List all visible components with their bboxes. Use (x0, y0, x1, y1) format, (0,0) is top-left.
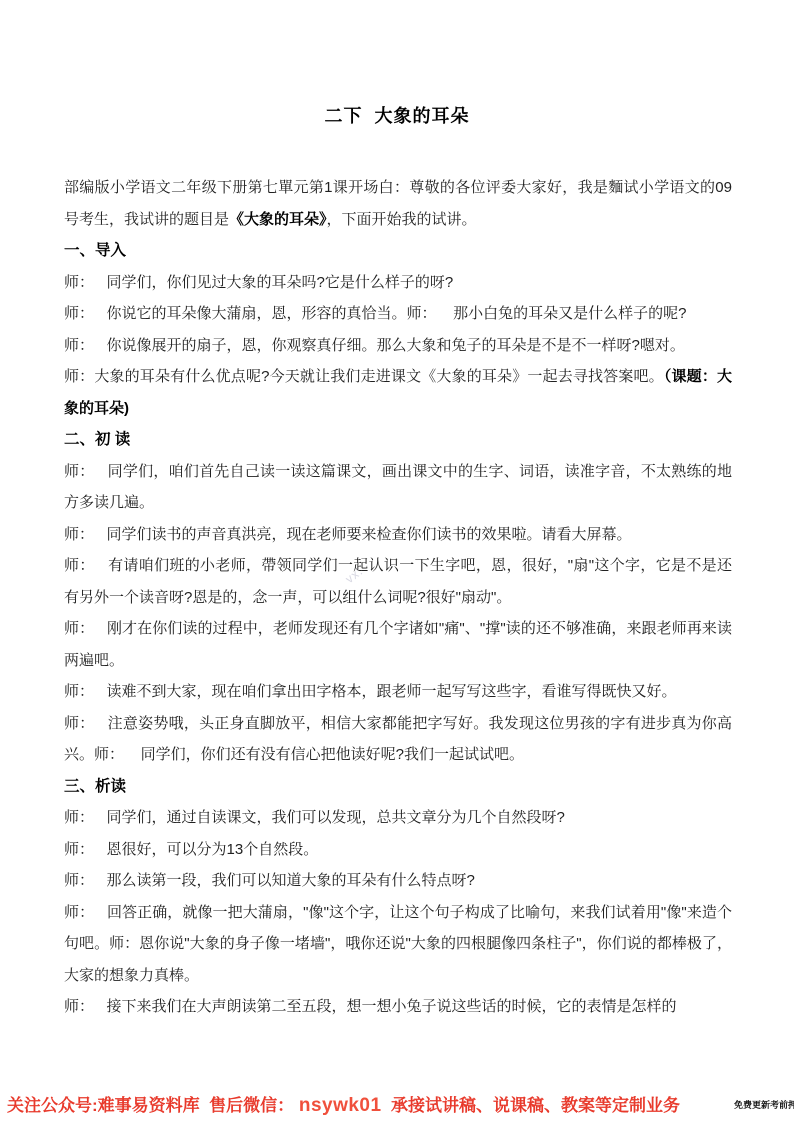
promo-suffix: 承接试讲稿、说课稿、教案等定制业务 (382, 1096, 680, 1115)
document-body: 部编版小学语文二年级下册第七單元第1课开场白：尊敬的各位评委大家好，我是麵试小学… (64, 172, 732, 1023)
text-run: 师： 那么读第一段，我们可以知道大象的耳朵有什么特点呀? (64, 872, 475, 889)
text-run: 师： 接下来我们在大声朗读第二至五段，想一想小兔子说这些话的时候，它的表情是怎样… (64, 998, 677, 1015)
dialogue-paragraph: 师： 刚才在你们读的过程中，老师发现还有几个字诸如"痛"、"撑"读的还不够准确，… (64, 613, 732, 676)
wechat-id: nsywk01 (299, 1095, 382, 1116)
text-run: 师： 注意姿势哦，头正身直脚放平，相信大家都能把字写好。我发现这位男孩的字有进步… (64, 715, 732, 764)
document-title: 二下 大象的耳朵 (0, 0, 794, 128)
dialogue-paragraph: 师：大象的耳朵有什么优点呢?今天就让我们走进课文《大象的耳朵》一起去寻找答案吧。… (64, 361, 732, 424)
footer-banner: 关注公众号:难事易资料库 售后微信： nsywk01 承接试讲稿、说课稿、教案等… (0, 1088, 794, 1120)
heading-first-read: 二、初 读 (64, 424, 732, 456)
heading-import: 一、导入 (64, 235, 732, 267)
text-run: 师： 你说它的耳朵像大蒲扇，恩，形容的真恰当。师： 那小白兔的耳朵又是什么样子的… (64, 305, 687, 322)
text-run: 师： 有请咱们班的小老师，帶领同学们一起认识一下生字吧，恩，很好，"扇"这个字，… (64, 557, 732, 606)
heading-text: 二、初 读 (64, 431, 130, 448)
text-run: 师： 同学们读书的声音真洪亮，现在老师要来检查你们读书的效果啦。请看大屏幕。 (64, 526, 632, 543)
dialogue-paragraph: 师： 同学们读书的声音真洪亮，现在老师要来检查你们读书的效果啦。请看大屏幕。 (64, 519, 732, 551)
heading-text: 三、析读 (64, 778, 126, 795)
opening-paragraph: 部编版小学语文二年级下册第七單元第1课开场白：尊敬的各位评委大家好，我是麵试小学… (64, 172, 732, 235)
promo-prefix: 关注公众号:难事易资料库 售后微信： (7, 1096, 299, 1115)
dialogue-paragraph: 师： 有请咱们班的小老师，帶领同学们一起认识一下生字吧，恩，很好，"扇"这个字，… (64, 550, 732, 613)
dialogue-paragraph: 师： 同学们，咱们首先自己读一读这篇课文，画出课文中的生字、词语，读准字音，不太… (64, 456, 732, 519)
dialogue-paragraph: 师： 恩很好，可以分为13个自然段。 (64, 834, 732, 866)
document-page: 二下 大象的耳朵 部编版小学语文二年级下册第七單元第1课开场白：尊敬的各位评委大… (0, 0, 794, 1122)
footer-note: 免费更新考前押题 请加微信 (734, 1098, 794, 1111)
bold-run: 《大象的耳朵》 (229, 211, 327, 228)
text-run: 师： 刚才在你们读的过程中，老师发现还有几个字诸如"痛"、"撑"读的还不够准确，… (64, 620, 732, 669)
dialogue-paragraph: 师： 注意姿势哦，头正身直脚放平，相信大家都能把字写好。我发现这位男孩的字有进步… (64, 708, 732, 771)
dialogue-paragraph: 师： 你说它的耳朵像大蒲扇，恩，形容的真恰当。师： 那小白兔的耳朵又是什么样子的… (64, 298, 732, 330)
text-run: 师： 读难不到大家，现在咱们拿出田字格本，跟老师一起写写这些字，看谁写得既快又好… (64, 683, 677, 700)
dialogue-paragraph: 师： 回答正确，就像一把大蒲扇，"像"这个字，让这个句子构成了比喻句，来我们试着… (64, 897, 732, 992)
promo-text: 关注公众号:难事易资料库 售后微信： nsywk01 承接试讲稿、说课稿、教案等… (7, 1091, 680, 1117)
text-run: 师： 回答正确，就像一把大蒲扇，"像"这个字，让这个句子构成了比喻句，来我们试着… (64, 904, 732, 984)
text-run: 师：大象的耳朵有什么优点呢?今天就让我们走进课文《大象的耳朵》一起去寻找答案吧。 (64, 368, 664, 385)
dialogue-paragraph: 师： 同学们，通过自读课文，我们可以发现，总共文章分为几个自然段呀? (64, 802, 732, 834)
text-run: ，下面开始我的试讲。 (327, 211, 477, 228)
dialogue-paragraph: 师： 那么读第一段，我们可以知道大象的耳朵有什么特点呀? (64, 865, 732, 897)
dialogue-paragraph: 师： 读难不到大家，现在咱们拿出田字格本，跟老师一起写写这些字，看谁写得既快又好… (64, 676, 732, 708)
dialogue-paragraph: 师： 同学们，你们见过大象的耳朵吗?它是什么样子的呀? (64, 267, 732, 299)
text-run: 师： 恩很好，可以分为13个自然段。 (64, 841, 318, 858)
heading-text: 一、导入 (64, 242, 126, 259)
text-run: 师： 同学们，咱们首先自己读一读这篇课文，画出课文中的生字、词语，读准字音，不太… (64, 463, 732, 512)
text-run: 师： 同学们，通过自读课文，我们可以发现，总共文章分为几个自然段呀? (64, 809, 565, 826)
heading-analysis: 三、析读 (64, 771, 732, 803)
dialogue-paragraph: 师： 接下来我们在大声朗读第二至五段，想一想小兔子说这些话的时候，它的表情是怎样… (64, 991, 732, 1023)
dialogue-paragraph: 师： 你说像展开的扇子，恩，你观察真仔细。那么大象和兔子的耳朵是不是不一样呀?嗯… (64, 330, 732, 362)
text-run: 师： 你说像展开的扇子，恩，你观察真仔细。那么大象和兔子的耳朵是不是不一样呀?嗯… (64, 337, 685, 354)
text-run: 师： 同学们，你们见过大象的耳朵吗?它是什么样子的呀? (64, 274, 453, 291)
